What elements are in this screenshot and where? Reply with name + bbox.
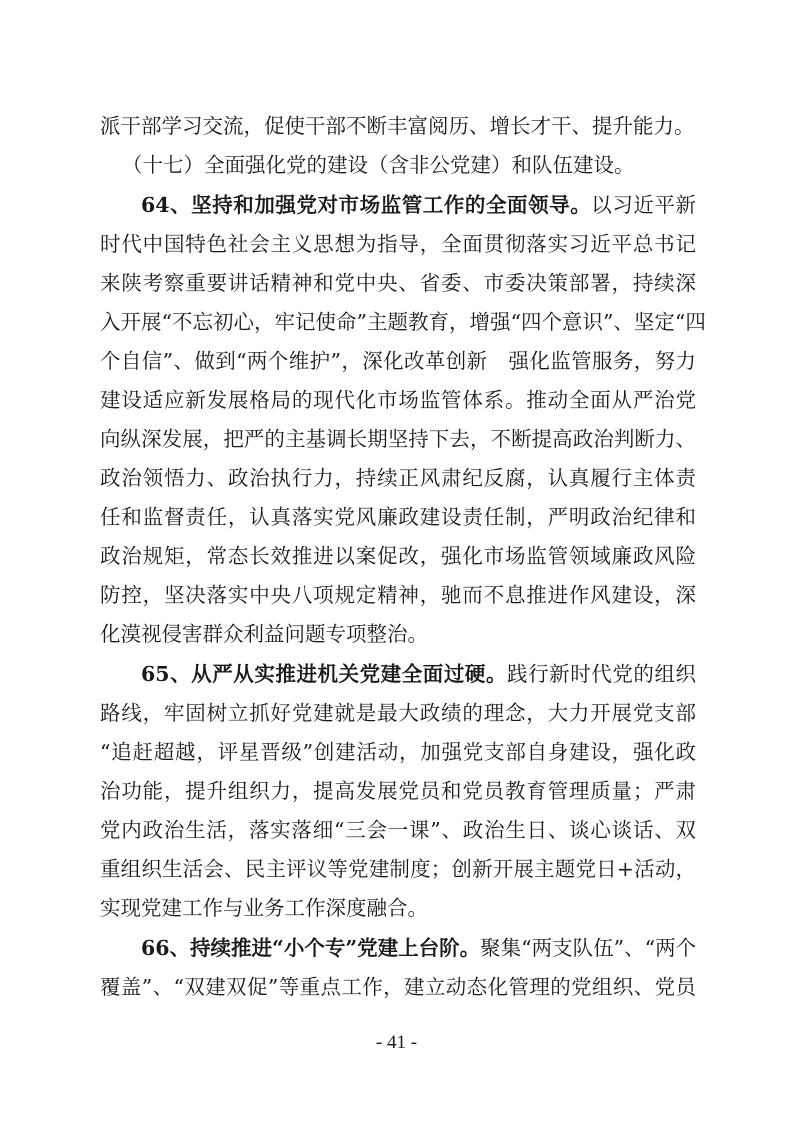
item-66-first-line: 66、持续推进“小个专”党建上台阶。聚集“两支队伍”、“两个	[141, 933, 696, 963]
item-66-heading: 66、持续推进“小个专”党建上台阶。	[141, 936, 480, 960]
text-line-8: 建设适应新发展格局的现代化市场监管体系。推动全面从严治党	[100, 385, 696, 415]
text-line-13: 防控，坚决落实中央八项规定精神，驰而不息推进作风建设，深	[100, 580, 696, 610]
text-line-20: 重组织生活会、民主评议等党建制度；创新开展主题党日+活动，	[100, 854, 696, 884]
section-heading-17: （十七）全面强化党的建设（含非公党建）和队伍建设。	[122, 150, 677, 180]
item-64-text: 以习近平新	[591, 193, 696, 217]
text-line-14: 化漠视侵害群众利益问题专项整治。	[100, 619, 696, 649]
page-number: - 41 -	[0, 1032, 793, 1054]
item-64-first-line: 64、坚持和加强党对市场监管工作的全面领导。以习近平新	[141, 190, 696, 220]
text-line-7: 个自信”、做到“两个维护”，深化改革创新 强化监管服务，努力	[100, 346, 696, 376]
item-65-first-line: 65、从严从实推进机关党建全面过硬。践行新时代党的组织	[141, 659, 696, 689]
text-line-9: 向纵深发展，把严的主基调长期坚持下去，不断提高政治判断力、	[100, 424, 696, 454]
item-64-heading: 64、坚持和加强党对市场监管工作的全面领导。	[141, 193, 591, 217]
text-line-23: 覆盖”、“双建双促”等重点工作，建立动态化管理的党组织、党员	[100, 972, 696, 1002]
item-66-text: 聚集“两支队伍”、“两个	[480, 936, 696, 960]
text-line-11: 任和监督责任，认真落实党风廉政建设责任制，严明政治纪律和	[100, 502, 696, 532]
text-line-21: 实现党建工作与业务工作深度融合。	[100, 893, 696, 923]
text-line-16: 路线，牢固树立抓好党建就是最大政绩的理念，大力开展党支部	[100, 698, 696, 728]
text-line-1: 派干部学习交流，促使干部不断丰富阅历、增长才干、提升能力。	[100, 111, 696, 141]
text-line-10: 政治领悟力、政治执行力，持续正风肃纪反腐，认真履行主体责	[100, 463, 696, 493]
text-line-4: 时代中国特色社会主义思想为指导，全面贯彻落实习近平总书记	[100, 229, 696, 259]
text-line-5: 来陕考察重要讲话精神和党中央、省委、市委决策部署，持续深	[100, 268, 696, 298]
text-line-18: 治功能，提升组织力，提高发展党员和党员教育管理质量；严肃	[100, 776, 696, 806]
text-line-19: 党内政治生活，落实落细“三会一课”、政治生日、谈心谈话、双	[100, 815, 696, 845]
text-line-17: “追赶超越，评星晋级”创建活动，加强党支部自身建设，强化政	[100, 737, 696, 767]
item-65-text: 践行新时代党的组织	[507, 662, 696, 686]
text-line-12: 政治规矩，常态长效推进以案促改，强化市场监管领域廉政风险	[100, 541, 696, 571]
document-page: 派干部学习交流，促使干部不断丰富阅历、增长才干、提升能力。 （十七）全面强化党的…	[0, 0, 793, 1122]
text-line-6: 入开展“不忘初心，牢记使命”主题教育，增强“四个意识”、坚定“四	[100, 307, 696, 337]
item-65-heading: 65、从严从实推进机关党建全面过硬。	[141, 662, 507, 686]
